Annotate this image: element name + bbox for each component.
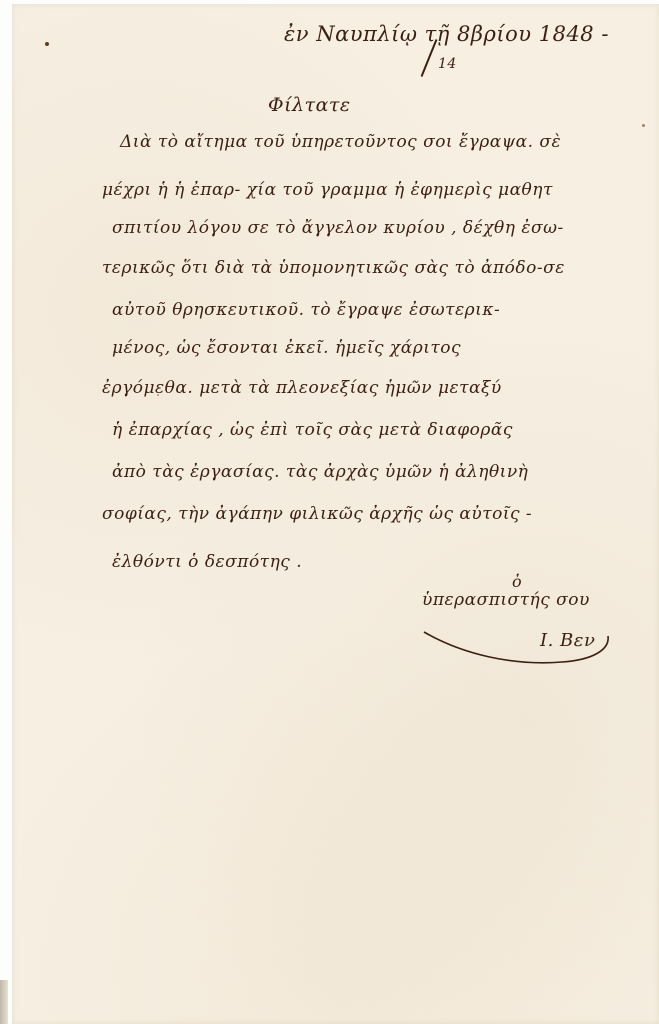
salutation: Φίλτατε xyxy=(268,94,351,116)
ink-spot xyxy=(45,42,49,46)
ink-spot xyxy=(642,124,645,127)
page-edge xyxy=(0,980,8,1024)
letter-page: ἐν Ναυπλίῳ τῇ 8βρίου 1848 - 14 Φίλτατε Δ… xyxy=(12,4,659,1024)
signature-flourish xyxy=(422,624,622,674)
body-line: Διὰ τὸ αἴτημα τοῦ ὑπηρετοῦντος σοι ἔγραψ… xyxy=(120,132,561,152)
closing-article: ὁ xyxy=(512,572,522,591)
body-line: ἡ ἐπαρχίας , ὡς ἐπὶ τοῖς σὰς μετὰ διαφορ… xyxy=(112,420,513,440)
body-line: σοφίας, τὴν ἀγάπην φιλικῶς ἀρχῆς ὡς αὐτο… xyxy=(102,504,532,524)
body-line: τερικῶς ὅτι διὰ τὰ ὑπομονητικῶς σὰς τὸ ἀ… xyxy=(102,258,565,278)
body-line: ἐλθόντι ὁ δεσπότης . xyxy=(112,552,302,572)
body-line: σπιτίου λόγου σε τὸ ἄγγελον κυρίου , δέχ… xyxy=(112,218,564,238)
date-sub: 14 xyxy=(438,56,457,72)
body-line: μέχρι ἡ ἡ ἐπαρ- χία τοῦ γραμμα ἡ ἐφημερὶ… xyxy=(102,180,553,200)
closing-line: ὑπερασπιστής σου xyxy=(422,590,590,610)
body-line: ἀπὸ τὰς ἐργασίας. τὰς ἀρχὰς ὑμῶν ἡ ἀληθι… xyxy=(112,462,528,482)
body-line: αὐτοῦ θρησκευτικοῦ. τὸ ἔγραψε ἐσωτερικ- xyxy=(112,300,500,320)
body-line: μένος, ὡς ἔσονται ἐκεῖ. ἡμεῖς χάριτος xyxy=(112,338,461,358)
place-date: ἐν Ναυπλίῳ τῇ 8βρίου 1848 - xyxy=(284,22,609,46)
body-line: ἐργόμεθα. μετὰ τὰ πλεονεξίας ἡμῶν μεταξύ xyxy=(102,378,502,398)
